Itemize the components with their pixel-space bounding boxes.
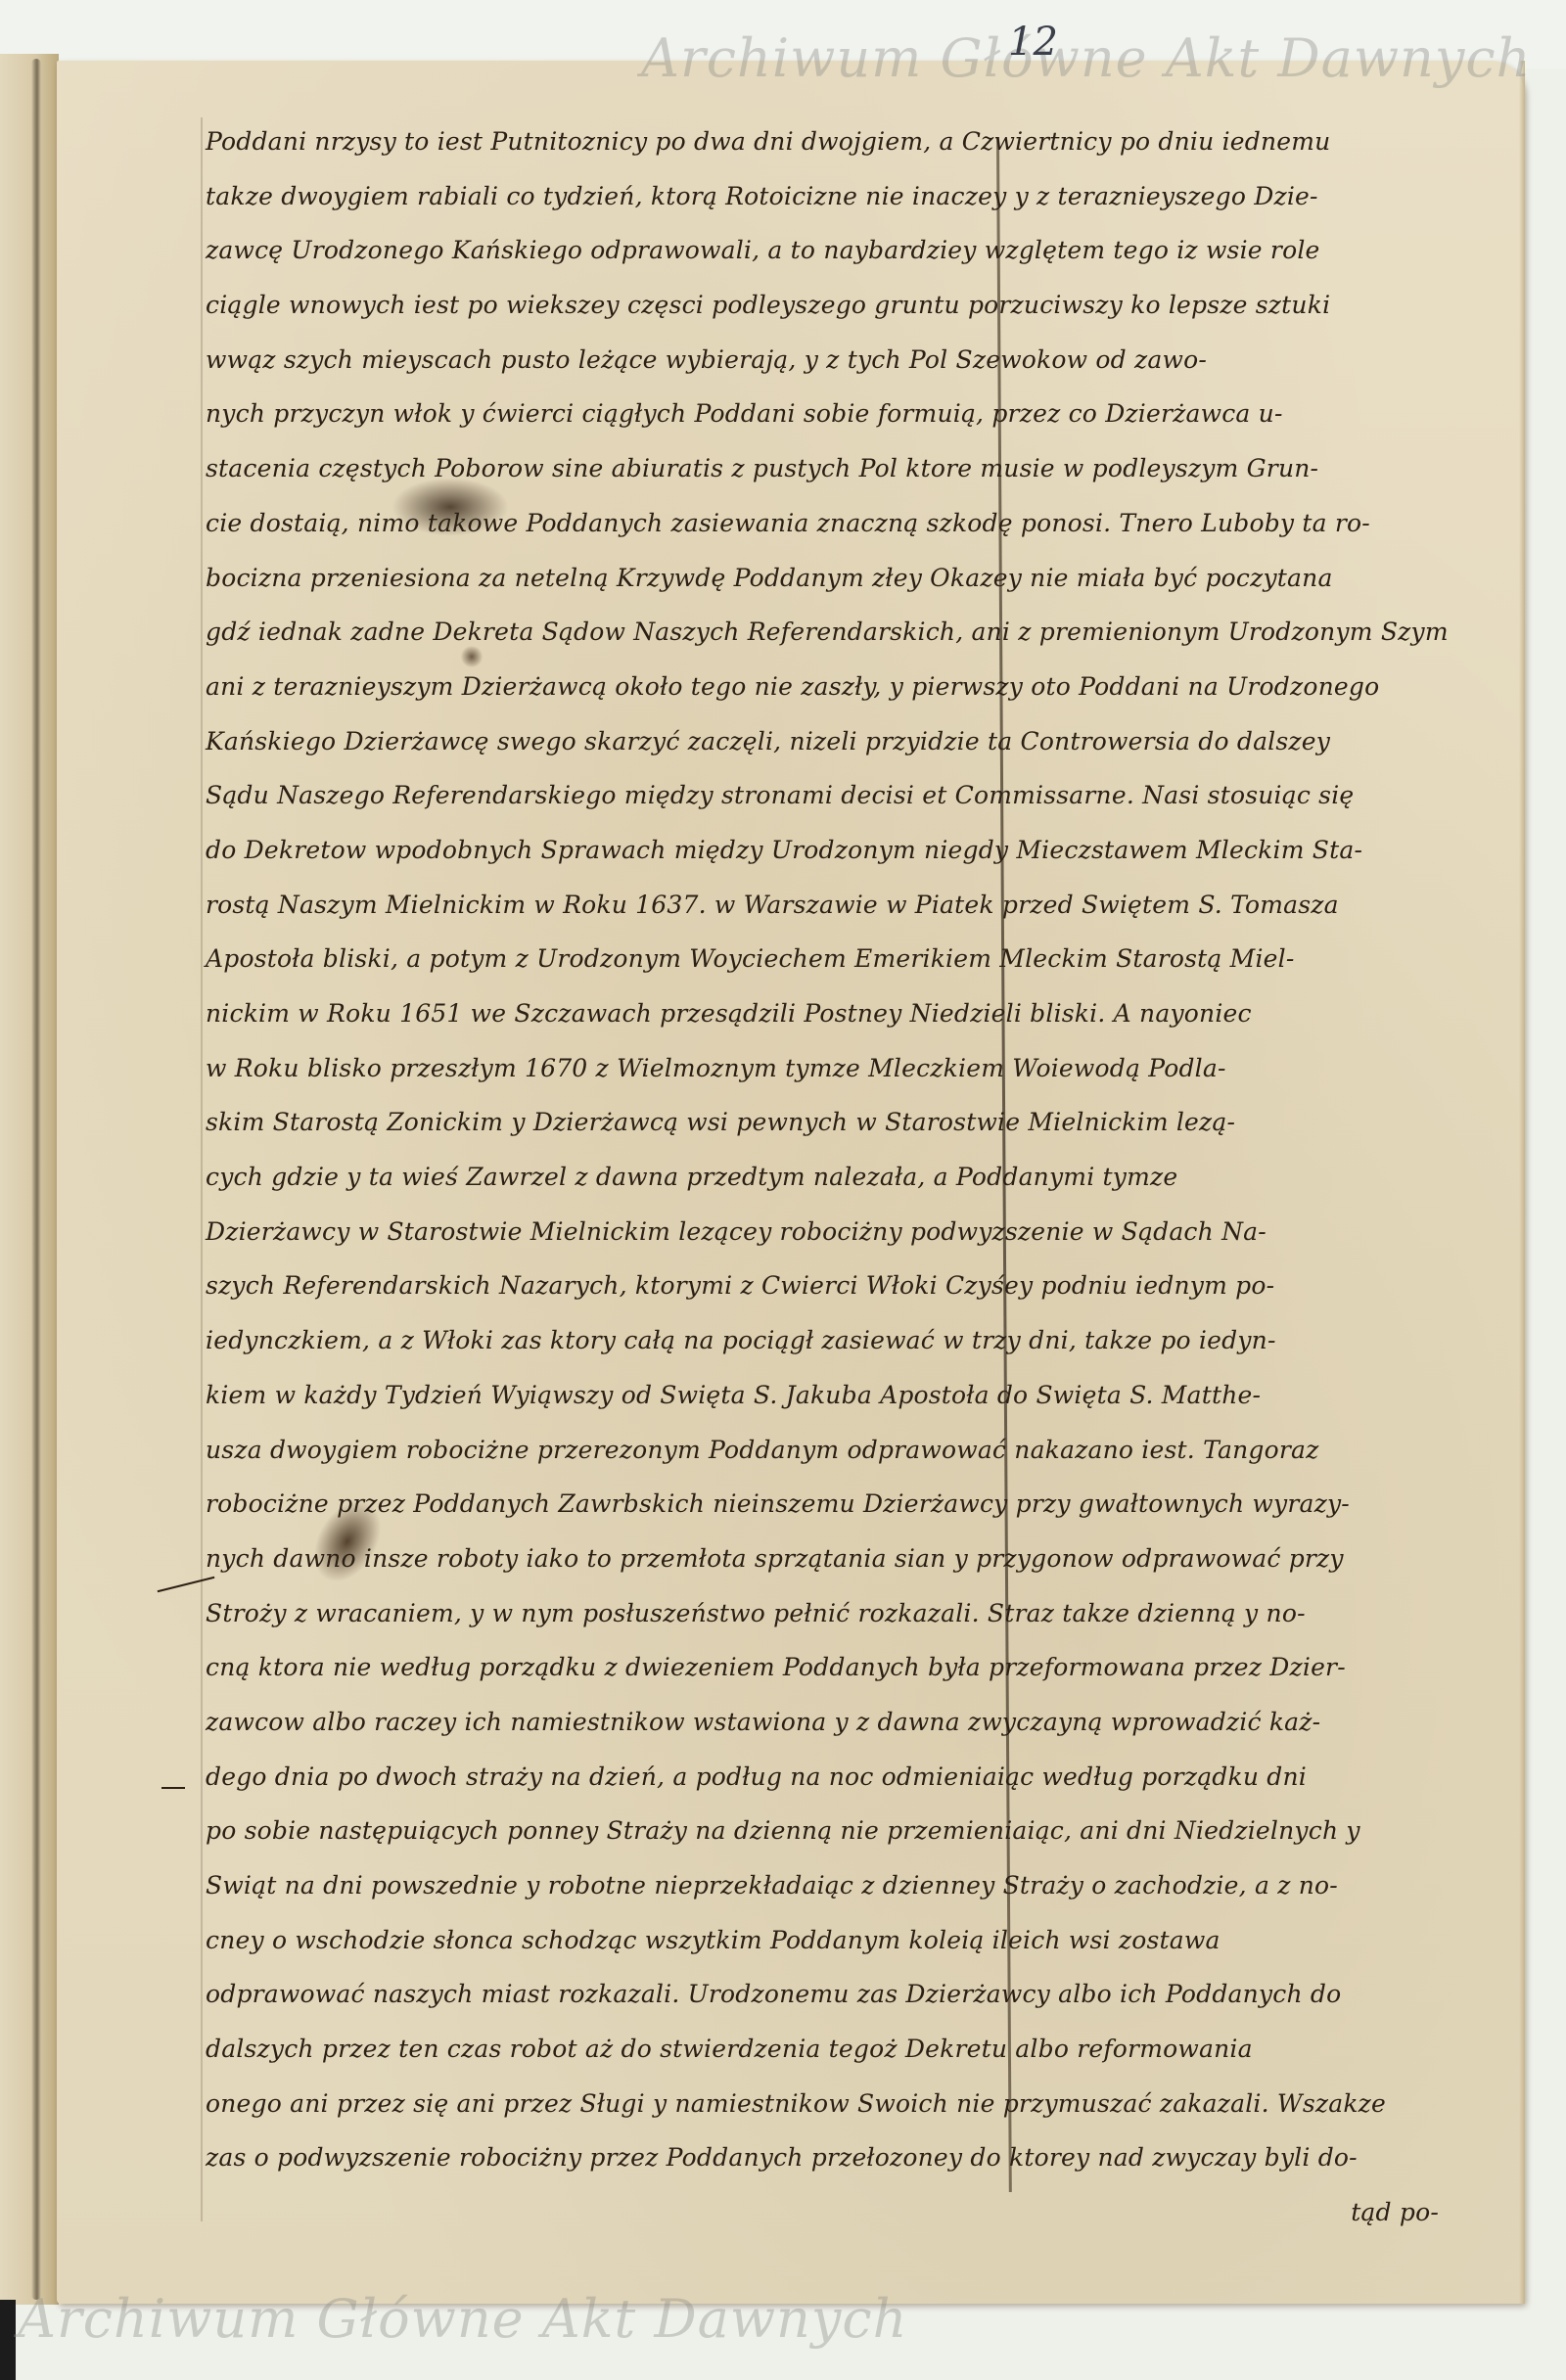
text-line: Poddani nrzysy to iest Putnitoznicy po d… <box>206 114 1468 169</box>
text-line: zas o podwyzszenie robociżny przez Podda… <box>206 2130 1468 2185</box>
text-line: bocizna przeniesiona za netelną Krzywdę … <box>206 551 1468 606</box>
text-line: usza dwoygiem robociżne przerezonym Podd… <box>206 1423 1468 1478</box>
left-margin-rule <box>201 117 203 2221</box>
text-line: ciągle wnowych iest po wiekszey częsci p… <box>206 278 1468 333</box>
text-line: Dzierżawcy w Starostwie Mielnickim leząc… <box>206 1205 1468 1259</box>
text-line: cną ktora nie według porządku z dwiezeni… <box>206 1640 1468 1695</box>
text-line: szych Referendarskich Nazarych, ktorymi … <box>206 1259 1468 1313</box>
text-line: w Roku blisko przeszłym 1670 z Wielmozny… <box>206 1041 1468 1096</box>
margin-dash <box>161 1787 185 1789</box>
folio-number: 12 <box>1008 20 1058 65</box>
text-line: nych dawno insze roboty iako to przemłot… <box>206 1532 1468 1586</box>
text-line: dego dnia po dwoch straży na dzień, a po… <box>206 1750 1468 1805</box>
archive-watermark-top: Archiwum Główne Akt Dawnych <box>641 27 1531 89</box>
text-line: cych gdzie y ta wieś Zawrzel z dawna prz… <box>206 1150 1468 1205</box>
text-line: nickim w Roku 1651 we Szczawach przesądz… <box>206 986 1468 1041</box>
text-line: do Dekretow wpodobnych Sprawach między U… <box>206 823 1468 878</box>
text-line: ani z teraznieyszym Dzierżawcą około teg… <box>206 660 1468 714</box>
text-line: onego ani przez się ani przez Sługi y na… <box>206 2077 1468 2131</box>
text-line: rostą Naszym Mielnickim w Roku 1637. w W… <box>206 878 1468 933</box>
text-line: iedynczkiem, a z Włoki zas ktory całą na… <box>206 1313 1468 1368</box>
text-line: Kańskiego Dzierżawcę swego skarzyć zaczę… <box>206 714 1468 769</box>
text-line: Apostoła bliski, a potym z Urodzonym Woy… <box>206 932 1468 986</box>
text-line: po sobie następuiących ponney Straży na … <box>206 1804 1468 1858</box>
previous-page-ruling-line <box>31 59 41 2300</box>
text-line: takze dwoygiem rabiali co tydzień, ktorą… <box>206 169 1468 224</box>
manuscript-text: Poddani nrzysy to iest Putnitoznicy po d… <box>206 114 1468 2240</box>
scan-border-dark <box>0 2300 16 2380</box>
text-line: nych przyczyn włok y ćwierci ciągłych Po… <box>206 387 1468 441</box>
page-edge <box>1519 61 1525 2304</box>
text-line: skim Starostą Zonickim y Dzierżawcą wsi … <box>206 1095 1468 1150</box>
text-line: Swiąt na dni powszednie y robotne nieprz… <box>206 1858 1468 1913</box>
text-line: wwąz szych mieyscach pusto leżące wybier… <box>206 333 1468 388</box>
catchword: tąd po- <box>206 2185 1468 2240</box>
text-line: cie dostaią, nimo takowe Poddanych zasie… <box>206 496 1468 551</box>
previous-page-edge <box>0 54 59 2305</box>
text-line: dalszych przez ten czas robot aż do stwi… <box>206 2022 1468 2077</box>
text-line: robociżne przez Poddanych Zawrbskich nie… <box>206 1477 1468 1532</box>
text-line: zawcow albo raczey ich namiestnikow wsta… <box>206 1695 1468 1750</box>
text-line: cney o wschodzie słonca schodząc wszytki… <box>206 1913 1468 1968</box>
text-line: gdź iednak zadne Dekreta Sądow Naszych R… <box>206 605 1468 660</box>
text-line: Sądu Naszego Referendarskiego między str… <box>206 768 1468 823</box>
archive-watermark-bottom: Archiwum Główne Akt Dawnych <box>18 2288 907 2350</box>
text-line: zawcę Urodzonego Kańskiego odprawowali, … <box>206 223 1468 278</box>
text-line: Stroży z wracaniem, y w nym posłuszeństw… <box>206 1586 1468 1641</box>
text-line: stacenia częstych Poborow sine abiuratis… <box>206 441 1468 496</box>
text-line: odprawować naszych miast rozkazali. Urod… <box>206 1967 1468 2022</box>
text-line: kiem w każdy Tydzień Wyiąwszy od Swięta … <box>206 1368 1468 1423</box>
